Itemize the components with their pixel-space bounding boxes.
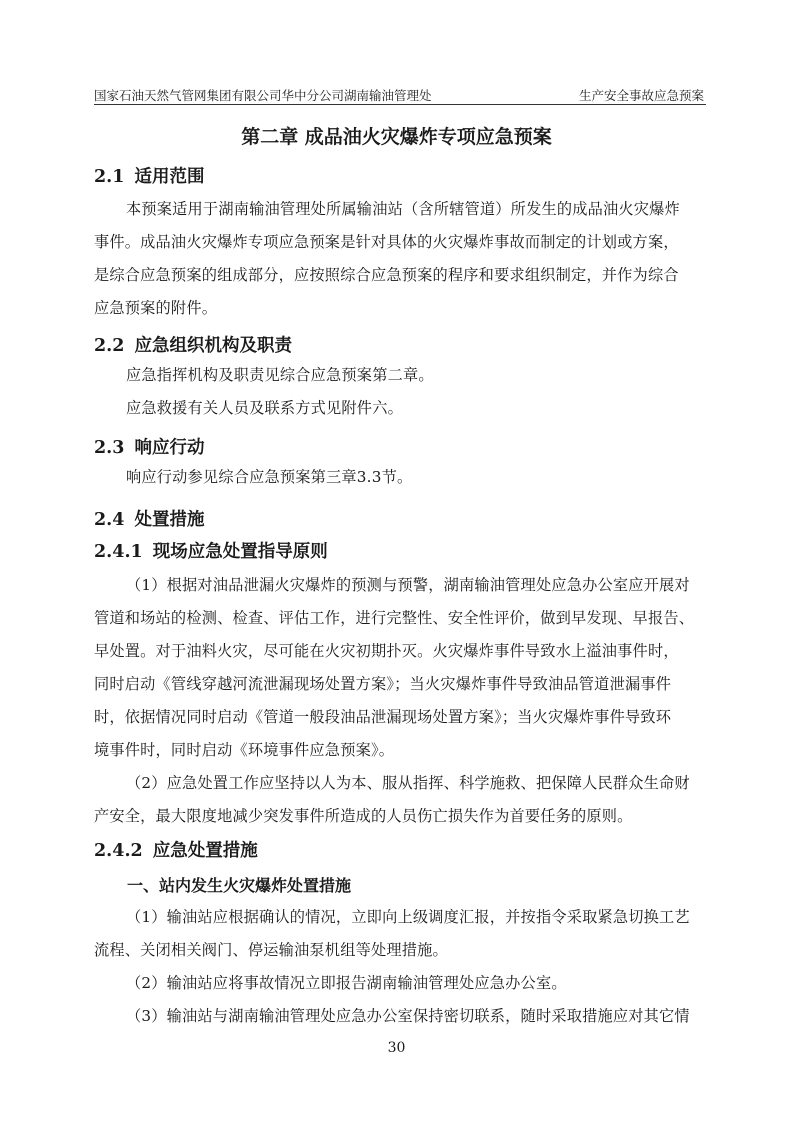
section-title: 应急处置措施 [153,841,258,861]
paragraph-line: （3）输油站与湖南输油管理处应急办公室保持密切联系，随时采取措施应对其它情 [126,1005,738,1026]
paragraph-line: 产安全，最大限度地减少突发事件所造成的人员伤亡损失作为首要任务的原则。 [94,805,706,826]
paragraph-line: 管道和场站的检测、检查、评估工作，进行完整性、安全性评价，做到早发现、早报告、 [94,607,706,628]
section-title: 处置措施 [134,510,204,530]
paragraph-line: 同时启动《管线穿越河流泄漏现场处置方案》；当火灾爆炸事件导致油品管道泄漏事件 [94,673,706,694]
section-title: 应急组织机构及职责 [134,336,292,356]
section-heading-2-4-2: 2.4.2应急处置措施 [94,837,258,862]
section-number: 2.4 [94,510,124,530]
paragraph-line: （1）输油站应根据确认的情况，立即向上级调度汇报，并按指令采取紧急切换工艺 [126,906,738,927]
section-heading-2-4-1: 2.4.1现场应急处置指导原则 [94,538,328,563]
header-organization: 国家石油天然气管网集团有限公司华中分公司湖南输油管理处 [94,86,432,104]
paragraph-line: 是综合应急预案的组成部分，应按照综合应急预案的程序和要求组织制定，并作为综合 [94,264,706,285]
paragraph-line: （1）根据对油品泄漏火灾爆炸的预测与预警，湖南输油管理处应急办公室应开展对 [126,574,738,595]
section-heading-2-4: 2.4处置措施 [94,506,204,531]
section-title: 响应行动 [134,438,204,458]
page-header: 国家石油天然气管网集团有限公司华中分公司湖南输油管理处 生产安全事故应急预案 [94,84,706,105]
paragraph-line: 流程、关闭相关阀门、停运输油泵机组等处理措施。 [94,939,706,960]
chapter-title: 第二章 成品油火灾爆炸专项应急预案 [0,122,793,149]
paragraph-line: 应急预案的附件。 [94,297,706,318]
paragraph-line: 本预案适用于湖南输油管理处所属输油站（含所辖管道）所发生的成品油火灾爆炸 [126,198,738,219]
section-number: 2.3 [94,438,124,458]
section-heading-2-1: 2.1适用范围 [94,163,204,188]
paragraph-line: 境事件时，同时启动《环境事件应急预案》。 [94,739,706,760]
paragraph-line: 应急救援有关人员及联系方式见附件六。 [126,397,738,418]
document-page: 国家石油天然气管网集团有限公司华中分公司湖南输油管理处 生产安全事故应急预案 第… [0,0,793,1122]
header-document-title: 生产安全事故应急预案 [579,86,704,104]
paragraph-line: 事件。成品油火灾爆炸专项应急预案是针对具体的火灾爆炸事故而制定的计划或方案， [94,231,706,252]
paragraph-line: （2）输油站应将事故情况立即报告湖南输油管理处应急办公室。 [126,972,738,993]
section-number: 2.1 [94,167,124,187]
section-number: 2.4.1 [94,542,143,562]
section-title: 现场应急处置指导原则 [153,542,328,562]
section-heading-2-3: 2.3响应行动 [94,434,204,459]
paragraph-line: 时，依据情况同时启动《管道一般段油品泄漏现场处置方案》；当火灾爆炸事件导致环 [94,706,706,727]
paragraph-line: 应急指挥机构及职责见综合应急预案第二章。 [126,364,738,385]
section-title: 适用范围 [134,167,204,187]
section-number: 2.4.2 [94,841,143,861]
section-heading-2-2: 2.2应急组织机构及职责 [94,332,292,357]
paragraph-line: 响应行动参见综合应急预案第三章3.3节。 [126,466,738,487]
subsection-heading: 一、站内发生火灾爆炸处置措施 [127,873,351,896]
section-number: 2.2 [94,336,124,356]
page-number: 30 [0,1040,793,1056]
paragraph-line: （2）应急处置工作应坚持以人为本、服从指挥、科学施救、把保障人民群众生命财 [126,772,738,793]
paragraph-line: 早处置。对于油料火灾，尽可能在火灾初期扑灭。火灾爆炸事件导致水上溢油事件时， [94,640,706,661]
